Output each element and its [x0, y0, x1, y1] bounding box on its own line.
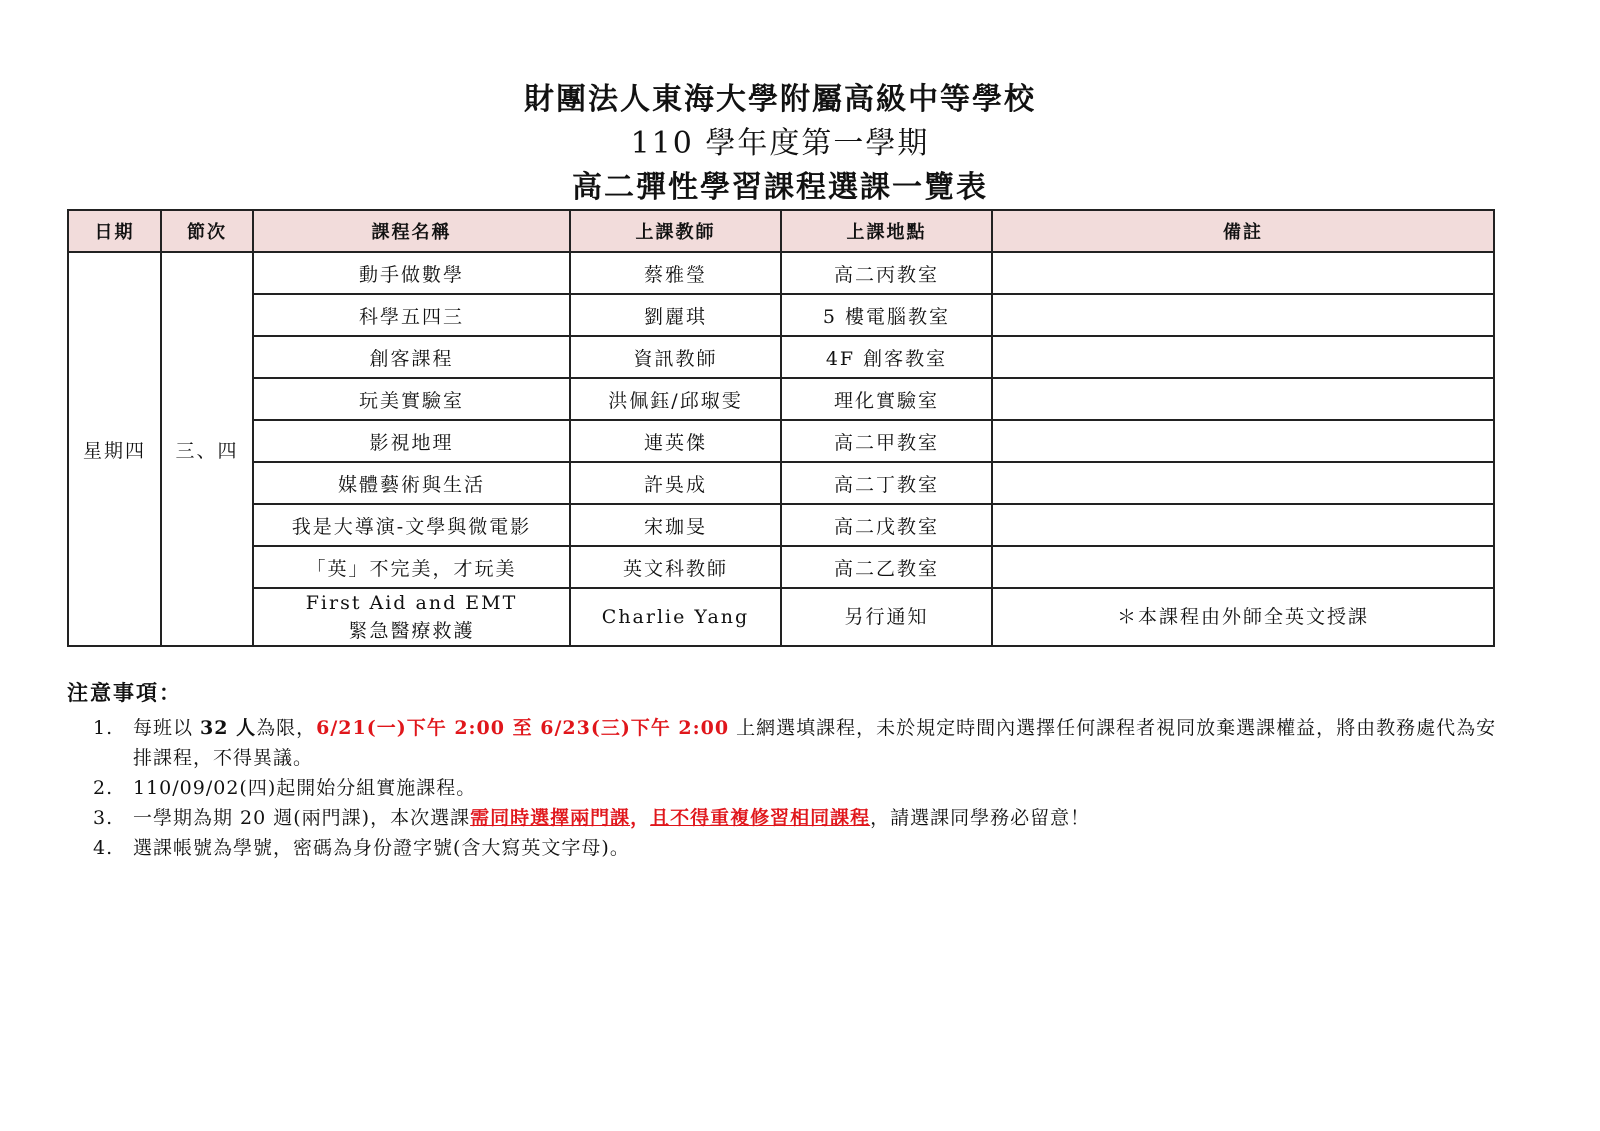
note-number: 2. [67, 773, 133, 803]
remarks-cell: ＊本課程由外師全英文授課 [992, 588, 1494, 646]
teacher-cell: 劉麗琪 [570, 294, 781, 336]
table-row: 科學五四三 劉麗琪 5 樓電腦教室 [68, 294, 1494, 336]
teacher-cell: 蔡雅瑩 [570, 252, 781, 294]
course-cell: 科學五四三 [253, 294, 570, 336]
table-row: First Aid and EMT 緊急醫療救護 Charlie Yang 另行… [68, 588, 1494, 646]
semester-title: 110 學年度第一學期 [0, 122, 1560, 166]
teacher-cell: 資訊教師 [570, 336, 781, 378]
table-header-row: 日期 節次 課程名稱 上課教師 上課地點 備註 [68, 210, 1494, 252]
emphasis-no-repeat: 且不得重複修習相同課程 [650, 807, 870, 829]
table-row: 創客課程 資訊教師 4F 創客教室 [68, 336, 1494, 378]
course-cell: 我是大導演-文學與微電影 [253, 504, 570, 546]
table-row: 影視地理 連英傑 高二甲教室 [68, 420, 1494, 462]
location-cell: 高二乙教室 [781, 546, 992, 588]
course-cell: 動手做數學 [253, 252, 570, 294]
course-cell: 媒體藝術與生活 [253, 462, 570, 504]
period-cell: 三、四 [161, 252, 253, 646]
teacher-cell: 洪佩鈺/邱琡雯 [570, 378, 781, 420]
note-number: 4. [67, 833, 133, 863]
class-limit: 32 人 [200, 717, 256, 739]
remarks-cell [992, 504, 1494, 546]
note-text-segment: ， [630, 807, 650, 829]
header-teacher: 上課教師 [570, 210, 781, 252]
date-cell: 星期四 [68, 252, 161, 646]
header-location: 上課地點 [781, 210, 992, 252]
remarks-cell [992, 546, 1494, 588]
note-text-segment: 每班以 [133, 717, 200, 739]
teacher-cell: 連英傑 [570, 420, 781, 462]
location-cell: 高二戊教室 [781, 504, 992, 546]
location-cell: 高二丙教室 [781, 252, 992, 294]
table-title: 高二彈性學習課程選課一覽表 [0, 166, 1560, 210]
course-cell: First Aid and EMT 緊急醫療救護 [253, 588, 570, 646]
remarks-cell [992, 252, 1494, 294]
remarks-cell [992, 336, 1494, 378]
note-text: 110/09/02(四)起開始分組實施課程。 [133, 773, 1507, 803]
registration-period: 6/21(一)下午 2:00 至 6/23(三)下午 2:00 [316, 717, 729, 739]
course-cell: 創客課程 [253, 336, 570, 378]
location-cell: 理化實驗室 [781, 378, 992, 420]
table-row: 玩美實驗室 洪佩鈺/邱琡雯 理化實驗室 [68, 378, 1494, 420]
header-date: 日期 [68, 210, 161, 252]
teacher-cell: 宋珈旻 [570, 504, 781, 546]
document-title: 財團法人東海大學附屬高級中等學校 110 學年度第一學期 高二彈性學習課程選課一… [0, 78, 1560, 210]
note-item: 3. 一學期為期 20 週(兩門課)，本次選課需同時選擇兩門課，且不得重複修習相… [67, 803, 1507, 833]
table-row: 星期四 三、四 動手做數學 蔡雅瑩 高二丙教室 [68, 252, 1494, 294]
note-text: 選課帳號為學號，密碼為身份證字號(含大寫英文字母)。 [133, 833, 1507, 863]
header-remarks: 備註 [992, 210, 1494, 252]
table-row: 「英」不完美，才玩美 英文科教師 高二乙教室 [68, 546, 1494, 588]
note-text-segment: ，請選課同學務必留意！ [870, 807, 1090, 829]
note-item: 4. 選課帳號為學號，密碼為身份證字號(含大寫英文字母)。 [67, 833, 1507, 863]
course-name-chinese: 緊急醫療救護 [254, 617, 569, 645]
emphasis-two-courses: 需同時選擇兩門課 [470, 807, 630, 829]
notes-title: 注意事項： [67, 677, 1507, 707]
course-cell: 玩美實驗室 [253, 378, 570, 420]
location-cell: 5 樓電腦教室 [781, 294, 992, 336]
teacher-cell: 英文科教師 [570, 546, 781, 588]
header-period: 節次 [161, 210, 253, 252]
header-course: 課程名稱 [253, 210, 570, 252]
note-number: 3. [67, 803, 133, 833]
location-cell: 高二甲教室 [781, 420, 992, 462]
note-text: 一學期為期 20 週(兩門課)，本次選課需同時選擇兩門課，且不得重複修習相同課程… [133, 803, 1507, 833]
school-name: 財團法人東海大學附屬高級中等學校 [0, 78, 1560, 122]
location-cell: 4F 創客教室 [781, 336, 992, 378]
note-item: 2. 110/09/02(四)起開始分組實施課程。 [67, 773, 1507, 803]
note-text-segment: 一學期為期 20 週(兩門課)，本次選課 [133, 807, 470, 829]
remarks-cell [992, 462, 1494, 504]
course-cell: 「英」不完美，才玩美 [253, 546, 570, 588]
teacher-cell: 許吳成 [570, 462, 781, 504]
location-cell: 另行通知 [781, 588, 992, 646]
table-row: 我是大導演-文學與微電影 宋珈旻 高二戊教室 [68, 504, 1494, 546]
note-text-segment: 為限， [256, 717, 316, 739]
course-name-english: First Aid and EMT [254, 589, 569, 617]
teacher-cell: Charlie Yang [570, 588, 781, 646]
remarks-cell [992, 294, 1494, 336]
notes-section: 注意事項： 1. 每班以 32 人為限，6/21(一)下午 2:00 至 6/2… [67, 677, 1507, 863]
location-cell: 高二丁教室 [781, 462, 992, 504]
course-cell: 影視地理 [253, 420, 570, 462]
note-number: 1. [67, 713, 133, 773]
table-row: 媒體藝術與生活 許吳成 高二丁教室 [68, 462, 1494, 504]
note-item: 1. 每班以 32 人為限，6/21(一)下午 2:00 至 6/23(三)下午… [67, 713, 1507, 773]
course-table: 日期 節次 課程名稱 上課教師 上課地點 備註 星期四 三、四 動手做數學 蔡雅… [67, 209, 1495, 647]
remarks-cell [992, 420, 1494, 462]
remarks-cell [992, 378, 1494, 420]
note-text: 每班以 32 人為限，6/21(一)下午 2:00 至 6/23(三)下午 2:… [133, 713, 1507, 773]
